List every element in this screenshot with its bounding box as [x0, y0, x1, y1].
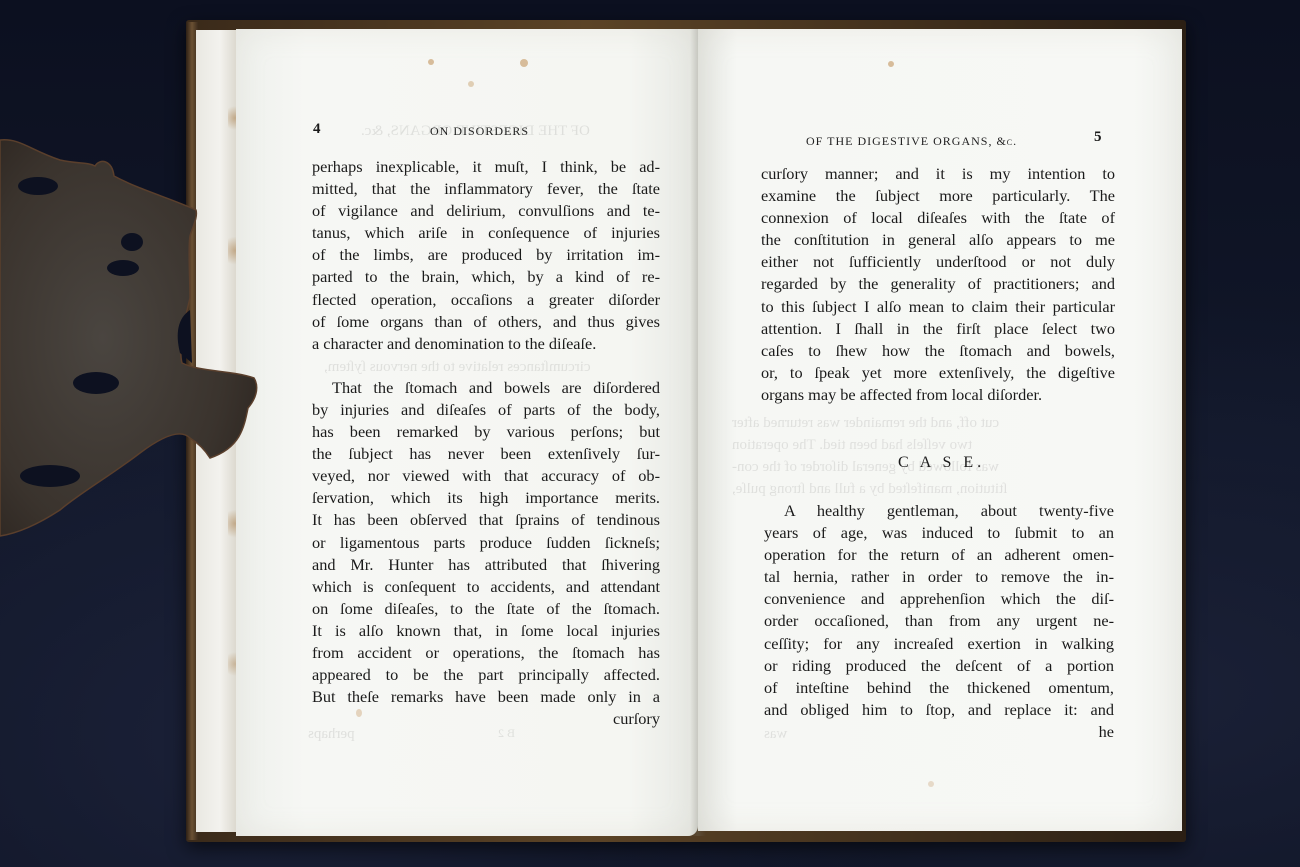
text-line: attention. I ſhall in the firſt place ſe… — [761, 318, 1115, 340]
text-line: tanus, which ariſe in conſequence of inj… — [312, 222, 660, 244]
foxing-spot — [888, 61, 894, 67]
text-line: or, to ſpeak yet more extenſively, the d… — [761, 362, 1115, 384]
text-line: regarded by the generality of practition… — [761, 273, 1115, 295]
text-line: appeared to be the part principally affe… — [312, 664, 660, 686]
text-line: convenience and apprehenſion which the d… — [764, 588, 1114, 610]
text-line: and Mr. Hunter has attributed that ſhive… — [312, 554, 660, 576]
metal-page-clip-icon — [0, 138, 260, 538]
text-line: ceſſity; for any increaſed exertion in w… — [764, 633, 1114, 655]
text-line: or riding produced the deſcent of a port… — [764, 655, 1114, 677]
text-line: by injuries and diſeaſes of parts of the… — [312, 399, 660, 421]
text-line: That the ſtomach and bowels are diſorder… — [312, 377, 660, 399]
text-line: of the limbs, are produced by irritation… — [312, 244, 660, 266]
text-line: organs may be affected from local diſord… — [761, 384, 1115, 406]
show-through-line: cut off, and the remainder was returned … — [732, 415, 999, 432]
text-line: years of age, was induced to ſubmit to a… — [764, 522, 1114, 544]
foxing-spot — [520, 59, 528, 67]
text-line: flected operation, occaſions a greater d… — [312, 289, 660, 311]
show-through-line: two veſſels had been tied. The operation — [732, 437, 972, 454]
text-line: A healthy gentleman, about twenty-five — [764, 500, 1114, 522]
catchword: he — [764, 721, 1114, 743]
page-number: 4 — [313, 121, 321, 138]
text-line: of vigilance and delirium, convulſions a… — [312, 200, 660, 222]
text-line: tal hernia, rather in order to remove th… — [764, 566, 1114, 588]
text-line: which is conſequent to accidents, and at… — [312, 576, 660, 598]
text-line: the conſtitution in general alſo appears… — [761, 229, 1115, 251]
text-line: veyed, nor viewed with that accuracy of … — [312, 465, 660, 487]
foxing-spot — [468, 81, 474, 87]
foxing-spot — [428, 59, 434, 65]
show-through-line: ſtitution, manifeſted by a full and ſtro… — [732, 481, 1007, 498]
left-page: OF THE DIGESTIVE ORGANS, &c. circumſtanc… — [236, 29, 698, 836]
text-line: It is alſo known that, in ſome local inj… — [312, 620, 660, 642]
text-line: examine the ſubject more particularly. T… — [761, 185, 1115, 207]
paragraph-gap — [312, 355, 660, 377]
text-line: the ſubject has never been extenſively ſ… — [312, 443, 660, 465]
right-page: cut off, and the remainder was returned … — [698, 29, 1182, 831]
text-line: But theſe remarks have been made only in… — [312, 686, 660, 708]
text-line: has been remarked by various perſons; bu… — [312, 421, 660, 443]
text-line: curſory manner; and it is my intention t… — [761, 163, 1115, 185]
text-line: It has been obſerved that ſprains of ten… — [312, 509, 660, 531]
text-line: parted to the brain, which, by a kind of… — [312, 266, 660, 288]
text-line: operation for the return of an adherent … — [764, 544, 1114, 566]
right-page-text: curſory manner; and it is my intention t… — [761, 163, 1115, 406]
text-line: perhaps inexplicable, it muſt, I think, … — [312, 156, 660, 178]
right-page-text-2: A healthy gentleman, about twenty-five y… — [764, 500, 1114, 743]
text-line: ſervation, which its high importance mer… — [312, 487, 660, 509]
page-number: 5 — [1094, 129, 1102, 146]
foxing-spot — [928, 781, 934, 787]
text-line: order occaſioned, than from any urgent n… — [764, 610, 1114, 632]
text-line: caſes to ſhew how the ſtomach and bowels… — [761, 340, 1115, 362]
text-line: and obliged him to ſtop, and replace it:… — [764, 699, 1114, 721]
text-line: mitted, that the inflammatory fever, the… — [312, 178, 660, 200]
text-line: or ligamentous parts produce ſudden ſick… — [312, 532, 660, 554]
text-line: a character and denomination to the diſe… — [312, 333, 660, 355]
text-line: of inteſtine behind the thickened omentu… — [764, 677, 1114, 699]
running-head: ON DISORDERS — [430, 124, 529, 139]
text-line: either not ſufficiently underſtood or no… — [761, 251, 1115, 273]
catchword: curſory — [312, 708, 660, 730]
text-line: to this ſubject I alſo mean to claim the… — [761, 296, 1115, 318]
text-line: connexion of local diſeaſes with the ſta… — [761, 207, 1115, 229]
section-heading: C A S E. — [898, 454, 985, 472]
left-page-text: perhaps inexplicable, it muſt, I think, … — [312, 156, 660, 730]
text-line: of ſome organs than of others, and thus … — [312, 311, 660, 333]
text-line: on ſome diſeaſes, to the ſtate of the ſt… — [312, 598, 660, 620]
photo-scene: OF THE DIGESTIVE ORGANS, &c. circumſtanc… — [0, 0, 1300, 867]
running-head: OF THE DIGESTIVE ORGANS, &c. — [806, 134, 1017, 149]
text-line: from accident or operations, the ſtomach… — [312, 642, 660, 664]
